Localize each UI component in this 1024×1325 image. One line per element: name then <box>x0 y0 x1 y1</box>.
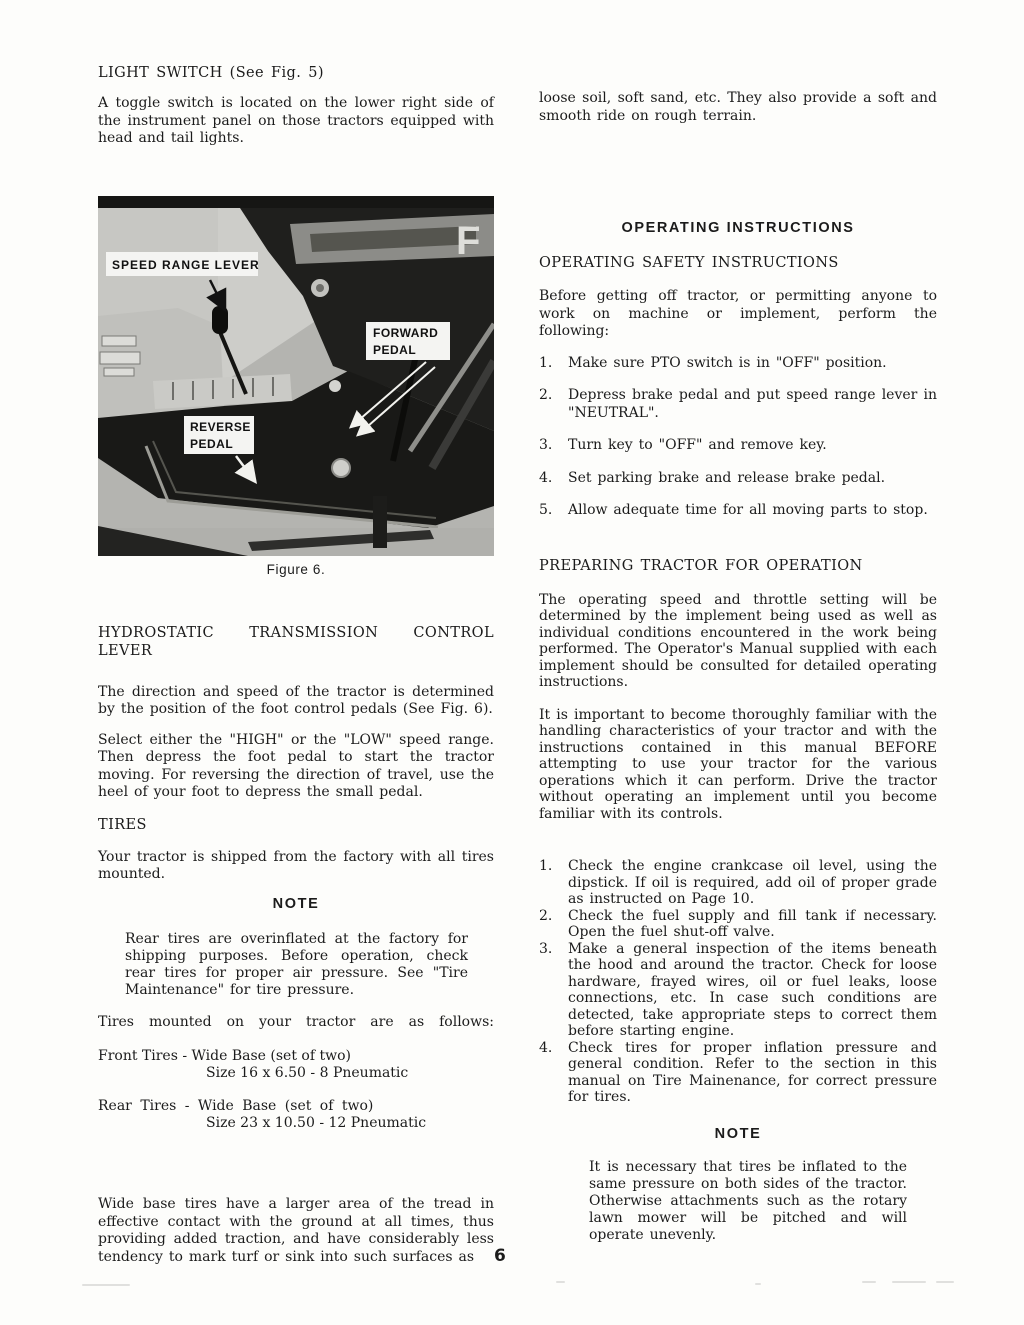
figure-6-photo: F <box>98 196 494 577</box>
hood-letter-f: F <box>456 219 480 263</box>
safety-list-item-4: 4.Set parking brake and release brake pe… <box>539 470 937 488</box>
forward-pedal-label-line1: FORWARD <box>373 326 438 340</box>
safety-list-item-2: 2.Depress brake pedal and put speed rang… <box>539 387 937 422</box>
tires-paragraph: Your tractor is shipped from the factory… <box>98 849 494 884</box>
tractor-pedals-photo: F <box>98 196 494 556</box>
rear-tires-spec: Rear Tires - Wide Base (set of two) Size… <box>98 1098 494 1132</box>
figure-caption: Figure 6. <box>98 562 494 577</box>
page-number: 6 <box>494 1246 506 1266</box>
front-tires-line1: Front Tires - Wide Base (set of two) <box>98 1048 494 1065</box>
forward-pedal <box>329 380 341 392</box>
reverse-pedal-label-line2: PEDAL <box>190 437 233 451</box>
reverse-pedal-label-line1: REVERSE <box>190 420 251 434</box>
safety-list-item-1: 1.Make sure PTO switch is in "OFF" posit… <box>539 355 937 373</box>
wide-base-paragraph: Wide base tires have a larger area of th… <box>98 1196 494 1266</box>
safety-instructions-list: 1.Make sure PTO switch is in "OFF" posit… <box>539 355 937 520</box>
loose-soil-paragraph: loose soil, soft sand, etc. They also pr… <box>539 90 937 125</box>
rear-tires-line1: Rear Tires - Wide Base (set of two) <box>98 1098 494 1115</box>
before-getting-off-paragraph: Before getting off tractor, or permittin… <box>539 288 937 341</box>
safety-list-item-5: 5.Allow adequate time for all moving par… <box>539 502 937 520</box>
manual-page: LIGHT SWITCH (See Fig. 5) A toggle switc… <box>0 0 1024 1325</box>
front-tires-line2: Size 16 x 6.50 - 8 Pneumatic <box>98 1065 494 1082</box>
scan-artifact <box>755 1283 761 1285</box>
note-paragraph-left: Rear tires are overinflated at the facto… <box>125 931 468 999</box>
forward-pedal-label-line2: PEDAL <box>373 343 416 357</box>
operating-instructions-heading: OPERATING INSTRUCTIONS <box>539 220 937 237</box>
right-column: loose soil, soft sand, etc. They also pr… <box>539 90 937 1244</box>
hydro-heading: HYDROSTATIC TRANSMISSION CONTROL LEVER <box>98 624 494 660</box>
prep-list-item-1: 1.Check the engine crankcase oil level, … <box>539 858 937 908</box>
preparing-paragraph-1: The operating speed and throttle setting… <box>539 592 937 691</box>
speed-range-lever-label: SPEED RANGE LEVER <box>112 258 260 272</box>
preparation-checklist: 1.Check the engine crankcase oil level, … <box>539 858 937 1106</box>
rear-tires-line2: Size 23 x 10.50 - 12 Pneumatic <box>98 1115 494 1132</box>
tires-mounted-line: Tires mounted on your tractor are as fol… <box>98 1014 494 1032</box>
tires-heading: TIRES <box>98 816 494 834</box>
note-paragraph-right: It is necessary that tires be inflated t… <box>589 1159 907 1244</box>
hydro-paragraph-2: Select either the "HIGH" or the "LOW" sp… <box>98 732 494 802</box>
prep-list-item-2: 2.Check the fuel supply and fill tank if… <box>539 908 937 941</box>
scan-artifact <box>862 1281 876 1283</box>
safety-list-item-3: 3.Turn key to "OFF" and remove key. <box>539 437 937 455</box>
prep-list-item-4: 4.Check tires for proper inflation press… <box>539 1040 937 1106</box>
light-switch-paragraph: A toggle switch is located on the lower … <box>98 95 494 148</box>
note-heading-right: NOTE <box>539 1126 937 1143</box>
scan-artifact <box>556 1281 565 1283</box>
left-column: LIGHT SWITCH (See Fig. 5) A toggle switc… <box>98 64 494 1266</box>
scan-artifact <box>82 1284 130 1286</box>
scan-artifact <box>892 1281 926 1283</box>
hydro-paragraph-1: The direction and speed of the tractor i… <box>98 684 494 719</box>
prep-list-item-3: 3.Make a general inspection of the items… <box>539 941 937 1040</box>
note-heading-left: NOTE <box>98 896 494 913</box>
front-tires-spec: Front Tires - Wide Base (set of two) Siz… <box>98 1048 494 1082</box>
preparing-tractor-heading: PREPARING TRACTOR FOR OPERATION <box>539 557 937 575</box>
operating-safety-heading: OPERATING SAFETY INSTRUCTIONS <box>539 254 937 272</box>
preparing-paragraph-2: It is important to become thoroughly fam… <box>539 707 937 823</box>
light-switch-heading: LIGHT SWITCH (See Fig. 5) <box>98 64 494 82</box>
scan-artifact <box>936 1281 954 1283</box>
